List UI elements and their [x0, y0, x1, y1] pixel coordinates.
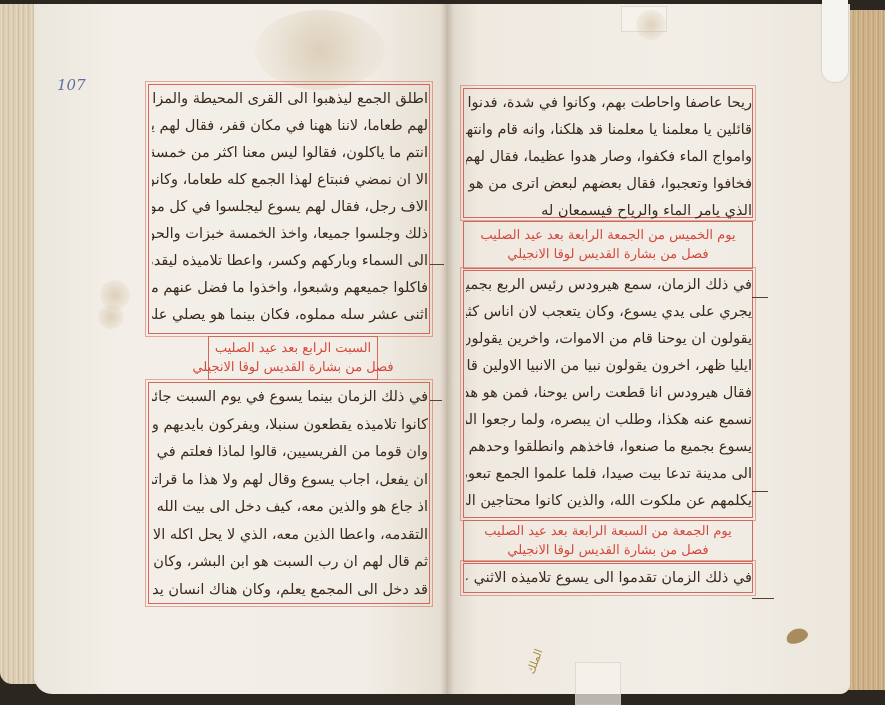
text-line: كانوا تلاميذه يقطعون سنبلا، ويفركون بايد…: [152, 412, 428, 440]
text-line: التقدمه، واعطا الذين معه، الذي لا يحل اك…: [152, 522, 428, 550]
right-page-edges: [845, 10, 885, 690]
text-line: الى السماء وباركهم وكسر، واعطا تلاميذه ل…: [152, 248, 428, 275]
text-line: قد دخل الى المجمع يعلم، وكان هناك انسان …: [152, 577, 428, 605]
text-line: اذ جاع هو والذين معه، كيف دخل الى بيت ال…: [152, 494, 428, 522]
margin-line-marker: [752, 598, 774, 599]
rubric-title: يوم الخميس من الجمعة الرابعة بعد عيد الص…: [480, 226, 735, 245]
left-rubric-heading: السبت الرابع بعد عيد الصليب فصل من بشارة…: [208, 336, 378, 380]
margin-line-marker: [752, 491, 768, 492]
text-line: يجري على يدي يسوع، وكان يتعجب لان اناس ك…: [466, 299, 752, 326]
text-line: ثم قال لهم ان رب السبت هو ابن البشر، وكا…: [152, 549, 428, 577]
text-line: قائلين يا معلمنا يا معلمنا قد هلكنا، وان…: [466, 117, 752, 144]
text-line: الاف رجل، فقال لهم يسوع ليجلسوا في كل مو…: [152, 194, 428, 221]
text-line: فخافوا وتعجبوا، فقال بعضهم لبعض اترى من …: [466, 171, 752, 198]
right-text-block-2: في ذلك الزمان، سمع هيرودس رئيس الربع بجم…: [466, 272, 752, 515]
margin-line-marker: [752, 297, 768, 298]
text-line: نسمع عنه هكذا، وطلب ان يبصره، ولما رجعوا…: [466, 407, 752, 434]
rubric-subtitle: فصل من بشارة القديس لوقا الانجيلي: [507, 245, 708, 264]
rubric-subtitle: فصل من بشارة القديس لوقا الانجيلي: [507, 541, 708, 560]
left-text-block-2: في ذلك الزمان بينما يسوع في يوم السبت جا…: [152, 384, 428, 604]
repair-tape: [575, 662, 621, 705]
text-line: انتم ما ياكلون، فقالوا ليس معنا اكثر من …: [152, 140, 428, 167]
right-rubric-heading-2: يوم الجمعة من السبعة الرابعة بعد عيد الص…: [463, 520, 753, 562]
text-line: في ذلك الزمان بينما يسوع في يوم السبت جا…: [152, 384, 428, 412]
text-line: ايليا ظهر، اخرون يقولون نبيا من الانبيا …: [466, 353, 752, 380]
text-line: الا ان نمضي فنبتاع لهذا الجمع كله طعاما،…: [152, 167, 428, 194]
text-line: يقولون ان يوحنا قام من الاموات، واخرين ي…: [466, 326, 752, 353]
text-line: يكلمهم عن ملكوت الله، والذين كانوا محتاج…: [466, 488, 752, 515]
folio-number: 107: [57, 76, 86, 94]
right-text-block-1: ريحا عاصفا واحاطت بهم، وكانوا في شدة، فد…: [466, 90, 752, 225]
text-line: وان قوما من الفريسيين، قالوا لماذا فعلتم…: [152, 439, 428, 467]
water-stain: [636, 10, 666, 40]
text-line: ريحا عاصفا واحاطت بهم، وكانوا في شدة، فد…: [466, 90, 752, 117]
text-line: ذلك وجلسوا جميعا، واخذ الخمسة خبزات والح…: [152, 221, 428, 248]
text-line: يسوع بجميع ما صنعوا، فاخذهم وانطلقوا وحد…: [466, 434, 752, 461]
open-manuscript: 107 اطلق الجمع ليذهبوا الى القرى المحيطة…: [0, 0, 885, 705]
right-rubric-heading-1: يوم الخميس من الجمعة الرابعة بعد عيد الص…: [463, 221, 753, 269]
right-text-block-3: في ذلك الزمان تقدموا الى يسوع تلاميذه ال…: [466, 565, 752, 592]
book-gutter: [440, 4, 454, 694]
rubric-title: السبت الرابع بعد عيد الصليب: [215, 339, 371, 358]
text-line: وامواج الماء فكفوا، وصار هدوا عظيما، فقا…: [466, 144, 752, 171]
margin-line-marker: [430, 264, 444, 265]
margin-line-marker: [430, 400, 442, 401]
rubric-subtitle: فصل من بشارة القديس لوقا الانجيلي: [192, 358, 393, 377]
text-line: اثنى عشر سله مملوه، فكان بينما هو يصلي ع…: [152, 302, 428, 329]
text-line: فاكلوا جميعهم وشبعوا، واخذوا ما فضل عنهم…: [152, 275, 428, 302]
text-line: لهم طعاما، لاننا ههنا في مكان قفر، فقال …: [152, 113, 428, 140]
water-stain: [98, 305, 124, 329]
text-line: الى مدينة تدعا بيت صيدا، فلما علموا الجم…: [466, 461, 752, 488]
text-line: في ذلك الزمان، سمع هيرودس رئيس الربع بجم…: [466, 272, 752, 299]
text-line: فقال هيرودس انا قطعت راس يوحنا، فمن هو ه…: [466, 380, 752, 407]
left-text-block-1: اطلق الجمع ليذهبوا الى القرى المحيطة وال…: [152, 86, 428, 329]
rubric-title: يوم الجمعة من السبعة الرابعة بعد عيد الص…: [484, 522, 732, 541]
paper-slip-bookmark: [822, 0, 848, 82]
text-line: في ذلك الزمان تقدموا الى يسوع تلاميذه ال…: [466, 565, 752, 592]
text-line: اطلق الجمع ليذهبوا الى القرى المحيطة وال…: [152, 86, 428, 113]
text-line: ان يفعل، اجاب يسوع وقال لهم ولا هذا ما ق…: [152, 467, 428, 495]
left-page-edges: [0, 4, 36, 684]
water-stain: [255, 10, 385, 90]
